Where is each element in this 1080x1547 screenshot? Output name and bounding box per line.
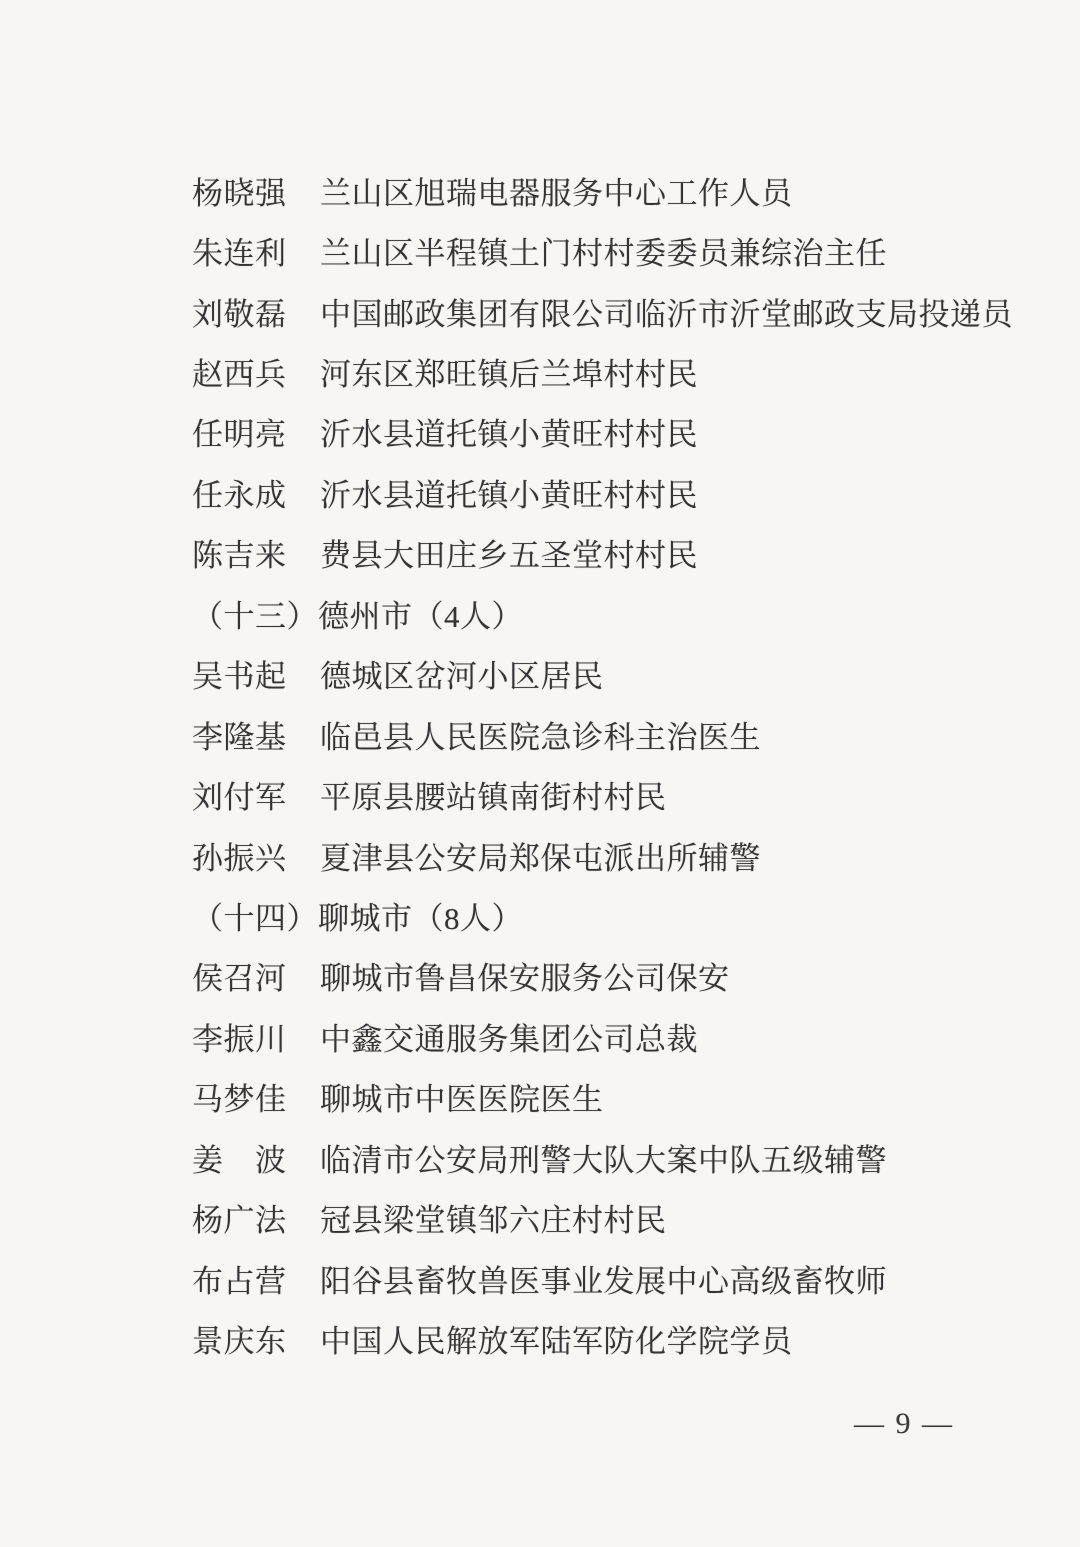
entry-description: 中国邮政集团有限公司临沂市沂堂邮政支局投递员 — [320, 299, 1013, 330]
entry-name: 朱连利 — [192, 238, 286, 269]
entry-description: 夏津县公安局郑保屯派出所辅警 — [320, 843, 761, 874]
entry-description: 冠县梁堂镇邹六庄村村民 — [320, 1205, 667, 1236]
entry-row: 朱连利兰山区半程镇土门村村委委员兼综治主任 — [0, 223, 1080, 283]
page-number: — 9 — — [854, 1407, 954, 1440]
entry-description: 德城区岔河小区居民 — [320, 661, 604, 692]
entry-name: 刘付军 — [192, 782, 286, 813]
entry-name: 景庆东 — [192, 1326, 286, 1357]
entry-name: 刘敬磊 — [192, 299, 286, 330]
entry-row: 侯召河聊城市鲁昌保安服务公司保安 — [0, 949, 1080, 1009]
entry-name: 任永成 — [192, 480, 286, 511]
entry-name: 陈吉来 — [192, 540, 286, 571]
entry-row: 任永成沂水县道托镇小黄旺村村民 — [0, 465, 1080, 525]
entry-row: 刘敬磊中国邮政集团有限公司临沂市沂堂邮政支局投递员 — [0, 284, 1080, 344]
entry-name: 布占营 — [192, 1266, 286, 1297]
entry-description: 临邑县人民医院急诊科主治医生 — [320, 722, 761, 753]
entry-description: 沂水县道托镇小黄旺村村民 — [320, 480, 698, 511]
entry-description: 聊城市中医医院医生 — [320, 1084, 604, 1115]
section-header: （十四）聊城市（8人） — [0, 888, 1080, 948]
entry-name: 孙振兴 — [192, 843, 286, 874]
entry-description: 临清市公安局刑警大队大案中队五级辅警 — [320, 1145, 887, 1176]
entry-row: 吴书起德城区岔河小区居民 — [0, 647, 1080, 707]
entry-name: 赵西兵 — [192, 359, 286, 390]
entry-row: 李隆基临邑县人民医院急诊科主治医生 — [0, 707, 1080, 767]
entry-row: 李振川中鑫交通服务集团公司总裁 — [0, 1009, 1080, 1069]
entry-name: 马梦佳 — [192, 1084, 286, 1115]
entry-row: 任明亮沂水县道托镇小黄旺村村民 — [0, 405, 1080, 465]
entry-description: 河东区郑旺镇后兰埠村村民 — [320, 359, 698, 390]
recipient-list: 杨晓强兰山区旭瑞电器服务中心工作人员朱连利兰山区半程镇土门村村委委员兼综治主任刘… — [0, 163, 1080, 1372]
entry-row: 赵西兵河东区郑旺镇后兰埠村村民 — [0, 344, 1080, 404]
entry-description: 中国人民解放军陆军防化学院学员 — [320, 1326, 793, 1357]
entry-description: 沂水县道托镇小黄旺村村民 — [320, 419, 698, 450]
entry-name: 任明亮 — [192, 419, 286, 450]
entry-name: 李振川 — [192, 1024, 286, 1055]
entry-description: 兰山区旭瑞电器服务中心工作人员 — [320, 178, 793, 209]
entry-name: 吴书起 — [192, 661, 286, 692]
page-footer: — 9 — — [854, 1407, 954, 1441]
entry-description: 中鑫交通服务集团公司总裁 — [320, 1024, 698, 1055]
entry-row: 姜波临清市公安局刑警大队大案中队五级辅警 — [0, 1130, 1080, 1190]
entry-name: 侯召河 — [192, 963, 286, 994]
entry-description: 聊城市鲁昌保安服务公司保安 — [320, 963, 730, 994]
entry-row: 马梦佳聊城市中医医院医生 — [0, 1070, 1080, 1130]
document-page: 杨晓强兰山区旭瑞电器服务中心工作人员朱连利兰山区半程镇土门村村委委员兼综治主任刘… — [0, 0, 1080, 1547]
entry-row: 陈吉来费县大田庄乡五圣堂村村民 — [0, 526, 1080, 586]
entry-description: 阳谷县畜牧兽医事业发展中心高级畜牧师 — [320, 1266, 887, 1297]
entry-name: 杨广法 — [192, 1205, 286, 1236]
entry-name: 杨晓强 — [192, 178, 286, 209]
entry-row: 布占营阳谷县畜牧兽医事业发展中心高级畜牧师 — [0, 1251, 1080, 1311]
entry-row: 孙振兴夏津县公安局郑保屯派出所辅警 — [0, 828, 1080, 888]
section-header-label: （十三）德州市（4人） — [192, 601, 523, 632]
entry-name: 姜波 — [192, 1145, 286, 1176]
section-header: （十三）德州市（4人） — [0, 586, 1080, 646]
entry-description: 费县大田庄乡五圣堂村村民 — [320, 540, 698, 571]
entry-name: 李隆基 — [192, 722, 286, 753]
entry-description: 兰山区半程镇土门村村委委员兼综治主任 — [320, 238, 887, 269]
entry-row: 景庆东中国人民解放军陆军防化学院学员 — [0, 1311, 1080, 1371]
entry-row: 刘付军平原县腰站镇南街村村民 — [0, 767, 1080, 827]
section-header-label: （十四）聊城市（8人） — [192, 903, 523, 934]
entry-description: 平原县腰站镇南街村村民 — [320, 782, 667, 813]
entry-row: 杨晓强兰山区旭瑞电器服务中心工作人员 — [0, 163, 1080, 223]
entry-row: 杨广法冠县梁堂镇邹六庄村村民 — [0, 1190, 1080, 1250]
